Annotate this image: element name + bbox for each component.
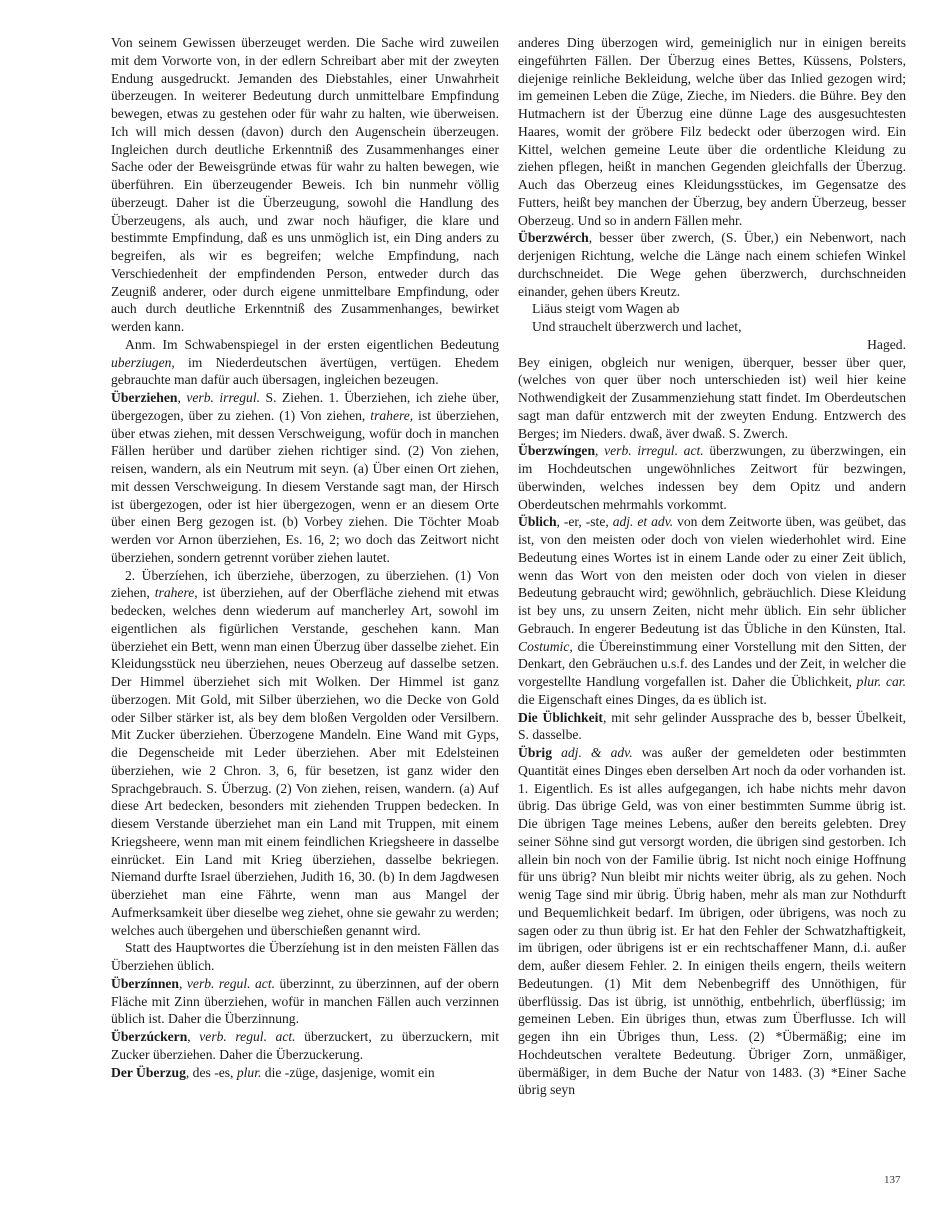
- entry-text: Von seinem Gewissen überzeuget werden. D…: [111, 35, 499, 334]
- headword: Überzwérch: [518, 230, 589, 245]
- entry-text: ,: [179, 976, 187, 991]
- headword: Überzínnen: [111, 976, 179, 991]
- dictionary-entry: Überzínnen, verb. regul. act. überzinnt,…: [111, 975, 499, 1028]
- headword: Die Üblichkeit: [518, 710, 603, 725]
- headword: Überzwíngen: [518, 443, 595, 458]
- verse-quote: Liäus steigt vom Wagen abUnd strauchelt …: [518, 300, 906, 336]
- dictionary-entry: 2. Überzíehen, ich überziehe, überzogen,…: [111, 567, 499, 940]
- headword: Der Überzug: [111, 1065, 186, 1080]
- left-column: Von seinem Gewissen überzeuget werden. D…: [111, 34, 499, 1081]
- entry-text: anderes Ding überzogen wird, gemeiniglic…: [518, 35, 906, 228]
- italic-term: plur.: [237, 1065, 262, 1080]
- headword: Überzúckern: [111, 1029, 187, 1044]
- right-column: anderes Ding überzogen wird, gemeiniglic…: [518, 34, 906, 1099]
- entry-text: ,: [595, 443, 604, 458]
- headword: Überziehen: [111, 390, 177, 405]
- entry-text: ist überziehen, auf der Oberfläche ziehe…: [111, 585, 499, 937]
- italic-term: verb. irregul.: [186, 390, 260, 405]
- italic-term: adj. & adv.: [561, 745, 633, 760]
- entry-text: Statt des Hauptwortes die Überzíehung is…: [111, 940, 499, 973]
- italic-term: trahere,: [155, 585, 198, 600]
- italic-term: uberziugen,: [111, 355, 175, 370]
- italic-term: trahere,: [370, 408, 413, 423]
- page-number: 137: [884, 1174, 901, 1186]
- entry-text: [552, 745, 561, 760]
- quote-attribution: Haged.: [518, 336, 906, 354]
- entry-text: , -er, -ste,: [557, 514, 613, 529]
- dictionary-entry: Überzwérch, besser über zwerch, (S. Über…: [518, 229, 906, 300]
- entry-text: Anm. Im Schwabenspiegel in der ersten ei…: [125, 337, 499, 352]
- dictionary-entry: Überziehen, verb. irregul. S. Ziehen. 1.…: [111, 389, 499, 567]
- dictionary-entry: Überzwíngen, verb. irregul. act. überzwu…: [518, 442, 906, 513]
- dictionary-entry: Überzúckern, verb. regul. act. überzucke…: [111, 1028, 499, 1064]
- dictionary-entry: Anm. Im Schwabenspiegel in der ersten ei…: [111, 336, 499, 389]
- entry-text: ,: [187, 1029, 199, 1044]
- italic-term: Costumic,: [518, 639, 573, 654]
- entry-text: die Übereinstimmung einer Vorstellung mi…: [518, 639, 906, 690]
- verse-line: Und strauchelt überzwerch und lachet,: [518, 318, 906, 336]
- dictionary-entry: Die Üblichkeit, mit sehr gelinder Ausspr…: [518, 709, 906, 745]
- italic-term: adj. et adv.: [613, 514, 673, 529]
- entry-text: Bey einigen, obgleich nur wenigen, überq…: [518, 355, 906, 441]
- entry-text: ist überziehen, über etwas ziehen, mit d…: [111, 408, 499, 565]
- entry-text: von dem Zeitworte üben, was geübet, das …: [518, 514, 906, 636]
- entry-text: , des -es,: [186, 1065, 237, 1080]
- dictionary-entry: Übrig adj. & adv. was außer der gemeldet…: [518, 744, 906, 1099]
- entry-text: die -züge, dasjenige, womit ein: [261, 1065, 434, 1080]
- dictionary-entry: Von seinem Gewissen überzeuget werden. D…: [111, 34, 499, 336]
- entry-text: was außer der gemeldeten oder bestimmten…: [518, 745, 906, 1097]
- dictionary-entry: Üblich, -er, -ste, adj. et adv. von dem …: [518, 513, 906, 708]
- verse-line: Liäus steigt vom Wagen ab: [518, 300, 906, 318]
- dictionary-entry: anderes Ding überzogen wird, gemeiniglic…: [518, 34, 906, 229]
- headword: Übrig: [518, 745, 552, 760]
- italic-term: verb. regul. act.: [187, 976, 275, 991]
- italic-term: verb. irregul. act.: [604, 443, 704, 458]
- italic-term: verb. regul. act.: [199, 1029, 295, 1044]
- entry-text: die Eigenschaft eines Dinges, da es übli…: [518, 692, 767, 707]
- headword: Üblich: [518, 514, 557, 529]
- entry-text: ,: [177, 390, 186, 405]
- italic-term: plur. car.: [857, 674, 906, 689]
- dictionary-entry: Der Überzug, des -es, plur. die -züge, d…: [111, 1064, 499, 1082]
- dictionary-entry: Bey einigen, obgleich nur wenigen, überq…: [518, 354, 906, 443]
- dictionary-entry: Statt des Hauptwortes die Überzíehung is…: [111, 939, 499, 975]
